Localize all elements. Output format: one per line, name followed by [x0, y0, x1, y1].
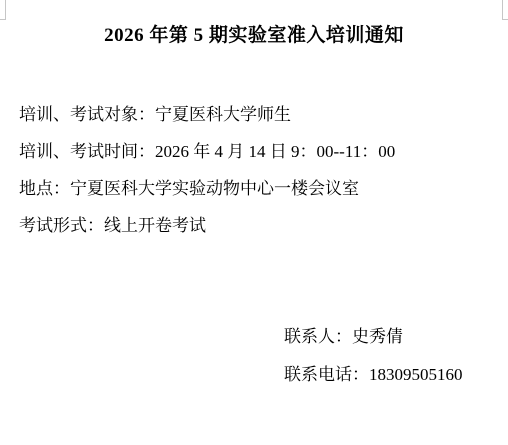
notice-body: 培训、考试对象：宁夏医科大学师生 培训、考试时间：2026 年 4 月 14 日…	[0, 96, 508, 244]
contact-block: 联系人：史秀倩 联系电话：18309505160	[284, 318, 508, 394]
body-line-audience: 培训、考试对象：宁夏医科大学师生	[19, 96, 508, 133]
body-line-time: 培训、考试时间：2026 年 4 月 14 日 9：00--11：00	[19, 133, 508, 170]
body-line-exam-format: 考试形式：线上开卷考试	[19, 207, 508, 244]
contact-person: 联系人：史秀倩	[284, 318, 508, 356]
body-line-location: 地点：宁夏医科大学实验动物中心一楼会议室	[19, 170, 508, 207]
contact-phone: 联系电话：18309505160	[284, 356, 508, 394]
margin-crop-mark-top-right	[502, 0, 508, 20]
document-page: { "document": { "title": "2026 年第 5 期实验室…	[0, 0, 508, 445]
page-title: 2026 年第 5 期实验室准入培训通知	[0, 0, 508, 48]
margin-crop-mark-top-left	[0, 0, 6, 20]
